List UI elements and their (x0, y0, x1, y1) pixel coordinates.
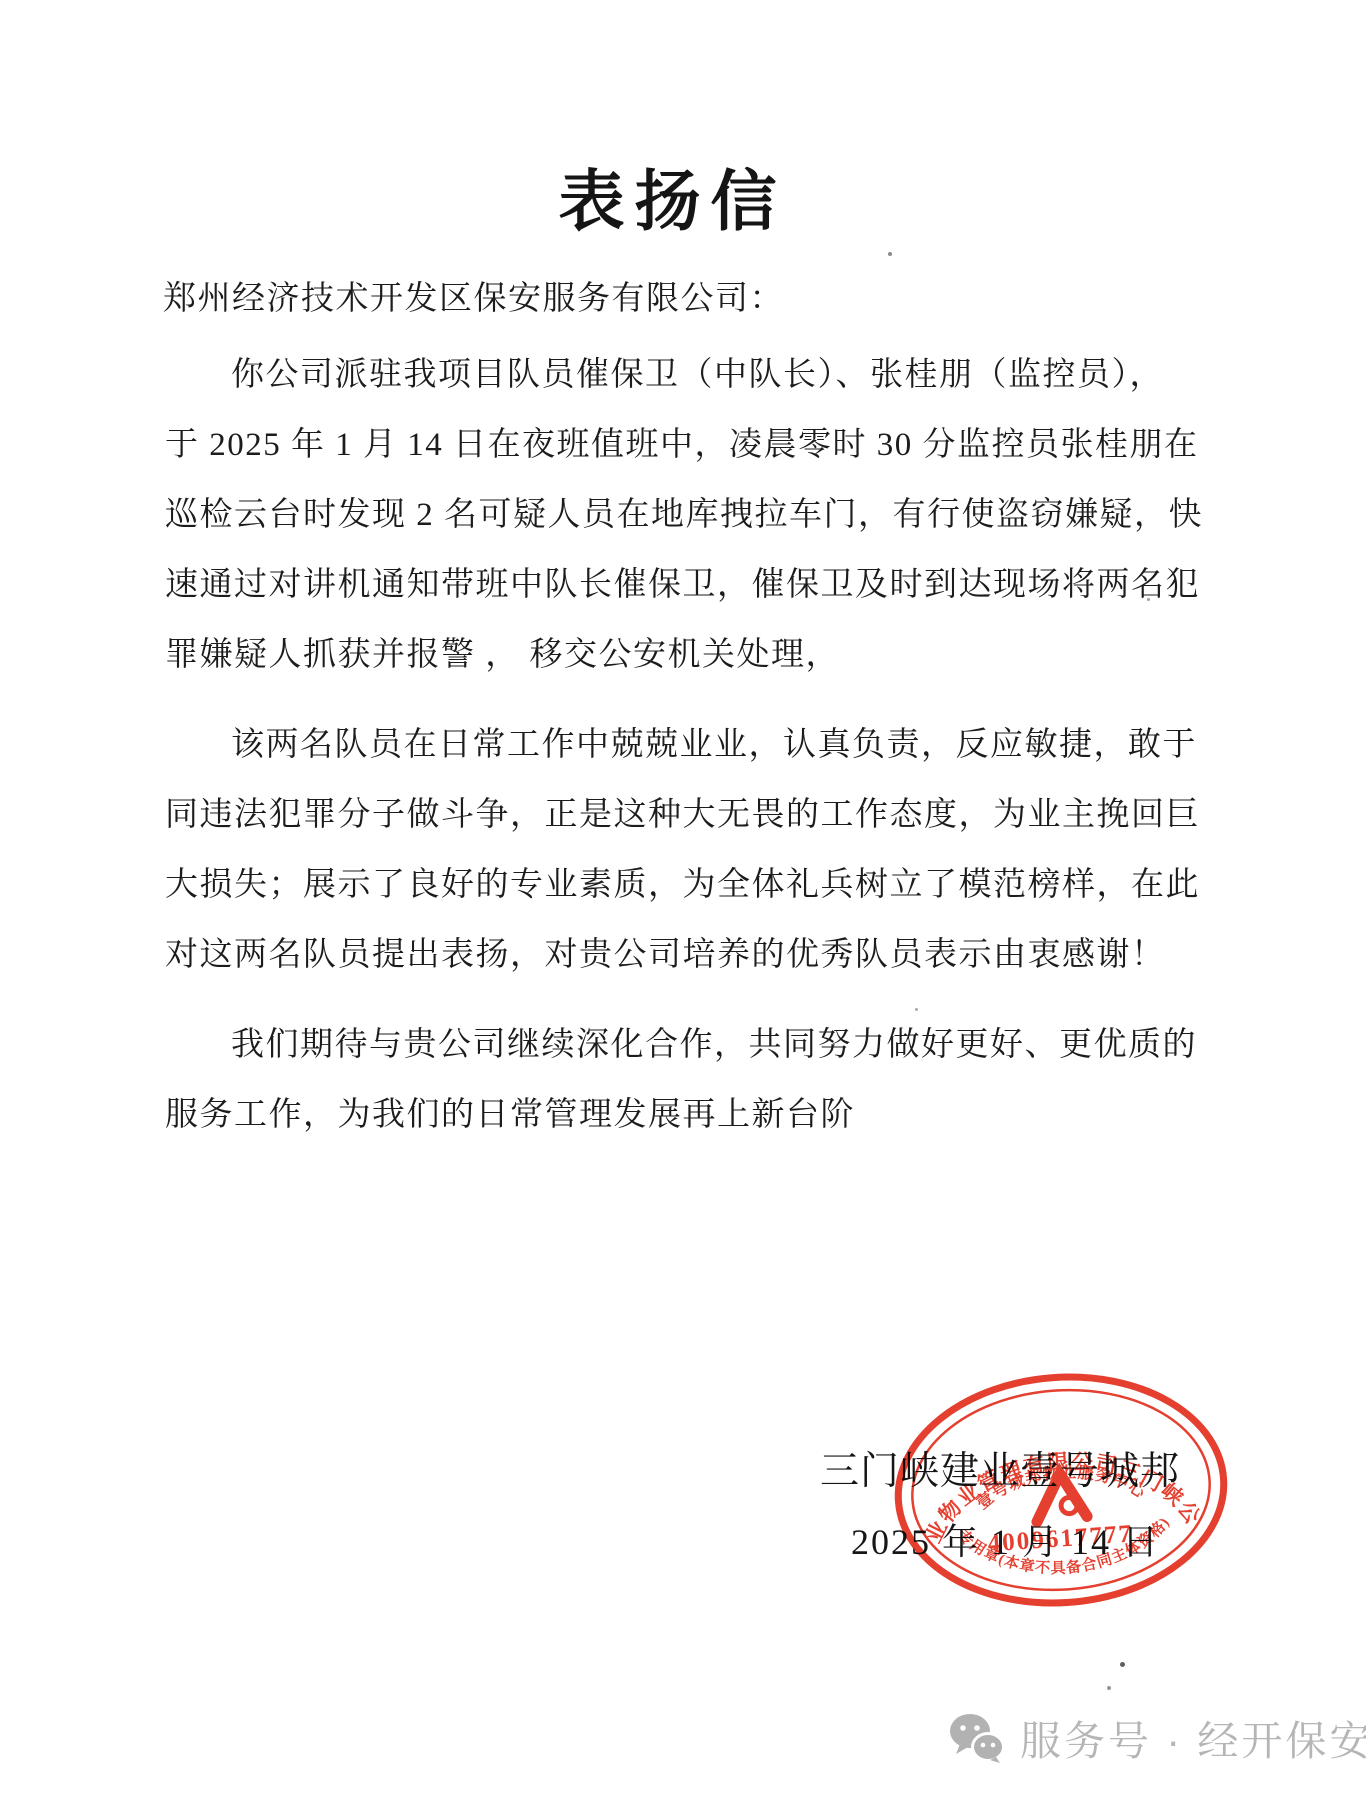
paragraph-line: 对这两名队员提出表扬，对贵公司培养的优秀队员表示由衷感谢！ (165, 920, 1195, 990)
paragraph-line: 巡检云台时发现 2 名可疑人员在地库拽拉车门，有行使盗窃嫌疑，快 (165, 480, 1195, 550)
stamp-graphic: 建业物业管理有限公司三门峡公司 壹号城邦物业服务中心 专用章(本章不具备合同主体… (880, 1354, 1242, 1626)
paragraph: 我们期待与贵公司继续深化合作，共同努力做好更好、更优质的服务工作，为我们的日常管… (165, 1010, 1195, 1150)
paragraph-line: 服务工作，为我们的日常管理发展再上新台阶 (165, 1080, 1195, 1150)
paragraph-line: 速通过对讲机通知带班中队长催保卫，催保卫及时到达现场将两名犯 (165, 550, 1195, 620)
salutation: 郑州经济技术开发区保安服务有限公司： (163, 272, 784, 319)
company-stamp: 建业物业管理有限公司三门峡公司 壹号城邦物业服务中心 专用章(本章不具备合同主体… (880, 1354, 1242, 1626)
paragraph-line: 该两名队员在日常工作中兢兢业业，认真负责，反应敏捷，敢于 (165, 710, 1195, 780)
watermark-text: 服务号 · 经开保安 (1020, 1708, 1366, 1767)
scan-noise-dot (1147, 598, 1150, 601)
scan-noise-dot (1107, 1686, 1111, 1690)
paragraph: 该两名队员在日常工作中兢兢业业，认真负责，反应敏捷，敢于同违法犯罪分子做斗争，正… (165, 710, 1195, 990)
scan-noise-dot (915, 1008, 918, 1011)
paragraph: 你公司派驻我项目队员催保卫（中队长）、张桂朋（监控员），于 2025 年 1 月… (165, 340, 1195, 690)
letter-page: 表扬信 郑州经济技术开发区保安服务有限公司： 你公司派驻我项目队员催保卫（中队长… (0, 0, 1366, 1795)
paragraph-line: 同违法犯罪分子做斗争，正是这种大无畏的工作态度，为业主挽回巨 (165, 780, 1195, 850)
paragraph-line: 罪嫌疑人抓获并报警 ， 移交公安机关处理， (165, 620, 1195, 690)
paragraph-line: 于 2025 年 1 月 14 日在夜班值班中，凌晨零时 30 分监控员张桂朋在 (165, 410, 1195, 480)
scan-noise-dot (1120, 1662, 1125, 1667)
paragraph-line: 你公司派驻我项目队员催保卫（中队长）、张桂朋（监控员）， (165, 340, 1195, 410)
wechat-icon (948, 1712, 1006, 1764)
paragraph-line: 我们期待与贵公司继续深化合作，共同努力做好更好、更优质的 (165, 1010, 1195, 1080)
paragraph-line: 大损失；展示了良好的专业素质，为全体礼兵树立了模范榜样，在此 (165, 850, 1195, 920)
scan-noise-dot (888, 252, 892, 256)
wechat-watermark: 服务号 · 经开保安 (948, 1708, 1366, 1767)
letter-title: 表扬信 (165, 148, 1180, 243)
body-paragraphs: 你公司派驻我项目队员催保卫（中队长）、张桂朋（监控员），于 2025 年 1 月… (165, 340, 1195, 1170)
